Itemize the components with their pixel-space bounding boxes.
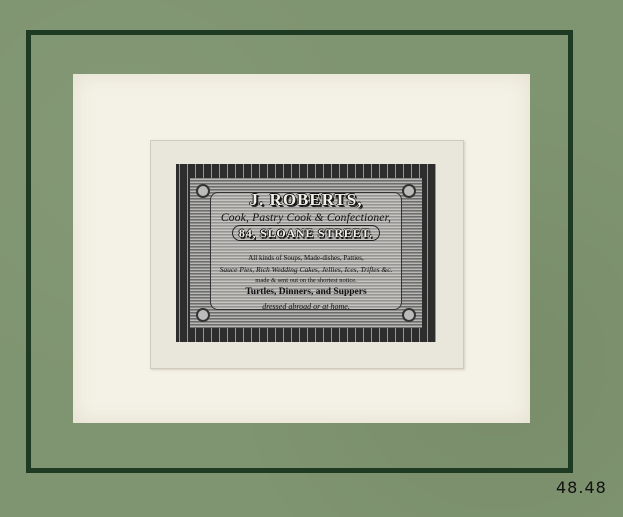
catalog-number: 48.48 [556, 478, 607, 497]
street-address: 84, SLOANE STREET. [190, 226, 422, 241]
address-text: 84, SLOANE STREET. [232, 225, 380, 241]
services-line-2: Sauce Pies, Rich Wedding Cakes, Jellies,… [190, 265, 422, 274]
services-line-1: All kinds of Soups, Made-dishes, Patties… [190, 254, 422, 262]
engraved-background: J. ROBERTS, Cook, Pastry Cook & Confecti… [190, 178, 422, 328]
trade-description: Cook, Pastry Cook & Confectioner, [190, 212, 422, 224]
services-line-3: made & sent out on the shortest notice. [190, 277, 422, 284]
services-line-5: dressed abroad or at home. [190, 302, 422, 311]
green-backing-board: J. ROBERTS, Cook, Pastry Cook & Confecti… [0, 0, 623, 517]
services-line-4: Turtles, Dinners, and Suppers [190, 287, 422, 297]
proprietor-name: J. ROBERTS, [190, 190, 422, 210]
trade-card: J. ROBERTS, Cook, Pastry Cook & Confecti… [176, 164, 436, 342]
